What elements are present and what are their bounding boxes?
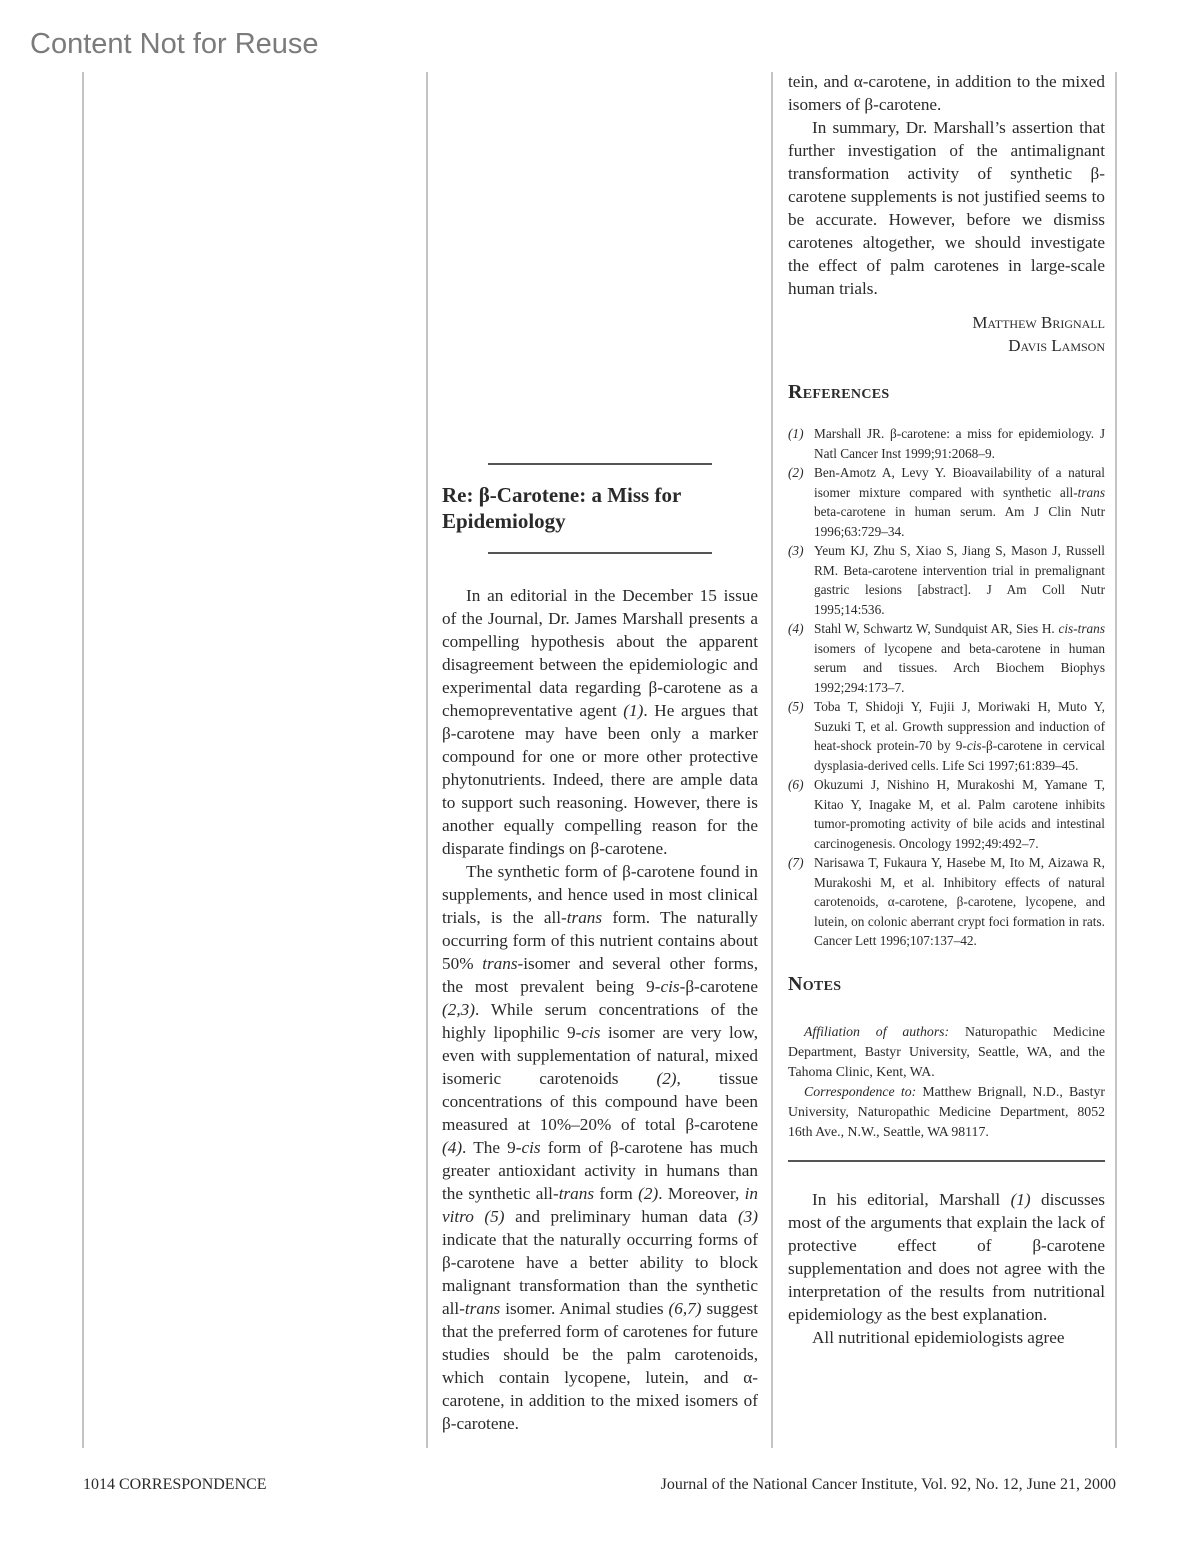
reference-text: Ben-Amotz A, Levy Y. Bioavailability of …	[814, 463, 1105, 541]
reference-text: Yeum KJ, Zhu S, Xiao S, Jiang S, Mason J…	[814, 541, 1105, 619]
note-label: Affiliation of authors:	[804, 1024, 949, 1039]
reference-number: (4)	[788, 619, 814, 697]
author-davis-lamson: Davis Lamson	[788, 334, 1105, 357]
reference-text: Marshall JR. β-carotene: a miss for epid…	[814, 424, 1105, 463]
footer-page-section: 1014 CORRESPONDENCE	[83, 1476, 267, 1494]
reference-number: (6)	[788, 775, 814, 853]
reference-text: Narisawa T, Fukaura Y, Hasebe M, Ito M, …	[814, 853, 1105, 951]
column-rule-middle-left	[426, 72, 428, 1448]
references-list: (1)Marshall JR. β-carotene: a miss for e…	[788, 424, 1105, 951]
reference-item: (6)Okuzumi J, Nishino H, Murakoshi M, Ya…	[788, 775, 1105, 853]
reference-text: Stahl W, Schwartz W, Sundquist AR, Sies …	[814, 619, 1105, 697]
reference-item: (7)Narisawa T, Fukaura Y, Hasebe M, Ito …	[788, 853, 1105, 951]
footer-journal-citation: Journal of the National Cancer Institute…	[661, 1476, 1116, 1494]
column-rule-right	[1115, 72, 1117, 1448]
reference-text: Toba T, Shidoji Y, Fujii J, Moriwaki H, …	[814, 697, 1105, 775]
title-rule-bottom	[488, 552, 712, 554]
reference-number: (1)	[788, 424, 814, 463]
letter-summary-paragraph: In summary, Dr. Marshall’s assertion tha…	[788, 116, 1105, 300]
note-paragraph: Affiliation of authors: Naturopathic Med…	[788, 1022, 1105, 1082]
letter-continuation: tein, and α-carotene, in addition to the…	[788, 70, 1105, 116]
title-rule-top	[488, 463, 712, 465]
watermark: Content Not for Reuse	[30, 28, 319, 61]
notes-block: Affiliation of authors: Naturopathic Med…	[788, 1022, 1105, 1142]
reference-number: (3)	[788, 541, 814, 619]
second-letter-paragraph: All nutritional epidemiologists agree	[788, 1326, 1105, 1349]
reference-text: Okuzumi J, Nishino H, Murakoshi M, Yaman…	[814, 775, 1105, 853]
reference-item: (1)Marshall JR. β-carotene: a miss for e…	[788, 424, 1105, 463]
note-paragraph: Correspondence to: Matthew Brignall, N.D…	[788, 1082, 1105, 1142]
reference-number: (7)	[788, 853, 814, 951]
letter-body: In an editorial in the December 15 issue…	[442, 584, 758, 1435]
right-column: tein, and α-carotene, in addition to the…	[788, 70, 1105, 1349]
notes-heading: Notes	[788, 973, 1105, 996]
reference-item: (4)Stahl W, Schwartz W, Sundquist AR, Si…	[788, 619, 1105, 697]
reference-number: (2)	[788, 463, 814, 541]
reference-item: (2)Ben-Amotz A, Levy Y. Bioavailability …	[788, 463, 1105, 541]
letter-paragraph: The synthetic form of β-carotene found i…	[442, 860, 758, 1435]
references-heading: References	[788, 381, 1105, 404]
letter-paragraph: In an editorial in the December 15 issue…	[442, 584, 758, 860]
reference-number: (5)	[788, 697, 814, 775]
second-letter-body: In his editorial, Marshall (1) discusses…	[788, 1188, 1105, 1349]
reference-item: (3)Yeum KJ, Zhu S, Xiao S, Jiang S, Maso…	[788, 541, 1105, 619]
note-label: Correspondence to:	[804, 1084, 916, 1099]
letter-body-column: In an editorial in the December 15 issue…	[442, 584, 758, 1450]
column-rule-left	[82, 72, 84, 1448]
column-rule-middle-right	[771, 72, 773, 1448]
second-letter-paragraph: In his editorial, Marshall (1) discusses…	[788, 1188, 1105, 1326]
letter-title: Re: β-Carotene: a Miss for Epidemiology	[442, 482, 742, 534]
reference-item: (5)Toba T, Shidoji Y, Fujii J, Moriwaki …	[788, 697, 1105, 775]
author-matthew-brignall: Matthew Brignall	[788, 311, 1105, 334]
